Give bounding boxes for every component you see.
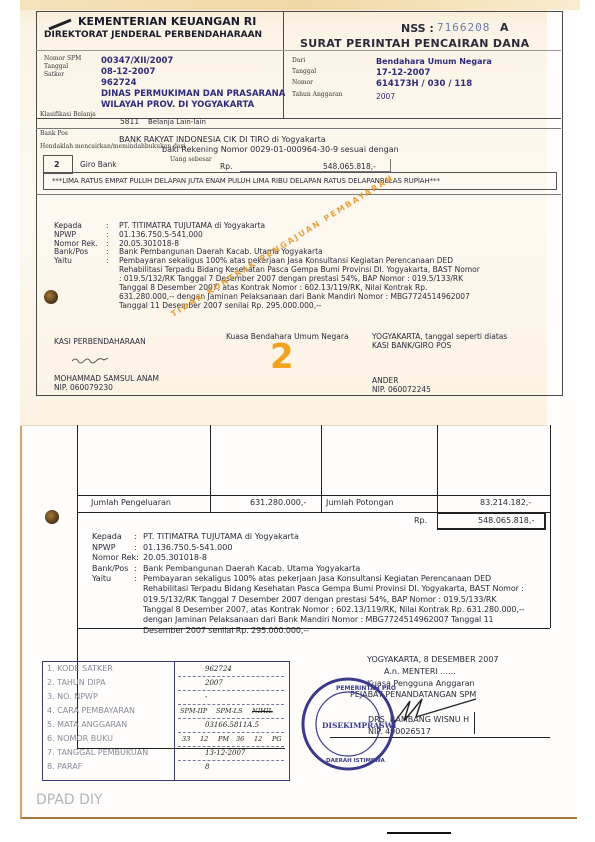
- payee-bottom-yaitu-line: Rehabilitasi Terpadu Bidang Kesehatan Pa…: [143, 585, 524, 593]
- payee-bottom-label-4: Yaitu: [92, 575, 111, 583]
- stamp-center-text: DISEKIMPRASWIL: [322, 721, 396, 730]
- payee-top-yaitu-line: Tanggal 11 Desember 2007 senilai Rp. 295…: [119, 302, 322, 310]
- header-bottom-rule: [36, 118, 561, 119]
- spm-col-divider-3: [437, 425, 438, 513]
- signature-scribble-icon: [70, 355, 110, 365]
- klasifikasi-name: Belanja Lain-lain: [148, 119, 206, 126]
- payment-method-option: NIHIL: [252, 708, 273, 715]
- amount-label: Uang sebesar: [170, 157, 212, 163]
- colon: :: [134, 533, 137, 541]
- bank-label: Bank Pos: [40, 131, 68, 137]
- spm-nomor-value: 00347/XII/2007: [101, 57, 173, 66]
- verification-value: 03166.5811A.5: [205, 722, 259, 729]
- jumlah-potongan-value: 83.214.182,-: [480, 499, 531, 507]
- spm-satker-name-1: DINAS PERMUKIMAN DAN PRASARANA: [101, 90, 285, 99]
- payee-top-label-4: Yaitu: [54, 257, 72, 265]
- payee-bottom-label-1: NPWP: [92, 544, 116, 552]
- payee-bottom-label-3: Bank/Pos: [92, 565, 128, 573]
- stamp-top-text: PEMERINTAH PROVINSI: [336, 685, 396, 692]
- klasifikasi-rule: [36, 128, 561, 129]
- bottom-place-date: YOGYAKARTA, 8 DESEMBER 2007: [367, 656, 499, 664]
- payee-top-yaitu-line: Rehabilitasi Terpadu Bidang Kesehatan Pa…: [119, 266, 480, 274]
- spm-tanggal-label: Tanggal: [44, 64, 68, 70]
- payee-bottom-yaitu-line: dengan Jaminan Pelaksanaan dari Bank Man…: [143, 616, 494, 624]
- payee-bottom-yaitu-line: 019.5/132/RK Tanggal 7 Desember 2007 den…: [143, 596, 497, 604]
- payment-mode-number: 2: [54, 161, 60, 169]
- spm-satker-code: 962724: [101, 79, 137, 88]
- spm-right-border: [550, 425, 551, 628]
- sp2d-dari-label: Dari: [292, 58, 305, 64]
- spm-nomor-label: Nomor SPM: [44, 56, 81, 62]
- verification-value: 8: [205, 764, 209, 771]
- spm-col-divider-2: [321, 425, 322, 513]
- sp2d-dari-value: Bendahara Umum Negara: [376, 58, 492, 66]
- verification-label: 4. CARA PEMBAYARAN: [47, 707, 135, 715]
- spm-satker-label: Satker: [44, 72, 64, 78]
- payee-top-npwp: 01.136.750.5-541.000: [119, 231, 203, 239]
- sp2d-top-rule: [283, 50, 561, 51]
- payee-top-bank: Bank Pembangunan Daerah Kacab. Utama Yog…: [119, 248, 323, 256]
- payee-top-label-3: Bank/Pos: [54, 248, 88, 256]
- document-title: SURAT PERINTAH PENCAIRAN DANA: [300, 38, 529, 49]
- verification-value-rule: [178, 690, 284, 691]
- kuasa-bun-title: Kuasa Bendahara Umum Negara: [226, 333, 349, 341]
- verification-label: 1. KODE SATKER: [47, 665, 113, 673]
- spm-top-rule: [36, 50, 283, 51]
- stamp-bottom-text: DAERAH ISTIMEWA: [326, 758, 385, 764]
- sp2d-nomor-value: 614173H / 030 / 118: [376, 80, 472, 89]
- payee-bottom-bank: Bank Pembangunan Daerah Kacab. Utama Yog…: [143, 565, 360, 573]
- payee-top-yaitu-line: 631.280.000,-- dengan Jaminan Pelaksanaa…: [119, 293, 470, 301]
- kasi-perbendaharaan-title: KASI PERBENDAHARAAN: [54, 338, 146, 346]
- spm-col-divider-1: [210, 425, 211, 513]
- klasifikasi-code: 5811: [120, 118, 139, 126]
- verification-value: 2007: [205, 680, 223, 687]
- colon: :: [106, 222, 109, 230]
- payee-bottom-label-2: Nomor Rek:: [92, 554, 139, 562]
- verification-value-rule: [178, 704, 284, 705]
- book-number-part: PG: [272, 736, 282, 743]
- punch-hole-bottom: [45, 510, 59, 524]
- jumlah-pengeluaran-value: 631.280.000,-: [250, 499, 306, 507]
- payee-bottom-label-0: Kepada: [92, 533, 122, 541]
- kasi-bank-name: ANDER: [372, 377, 398, 385]
- kasi-bank-title: KASI BANK/GIRO POS: [372, 342, 451, 350]
- sp2d-tanggal-label: Tanggal: [292, 69, 316, 75]
- lower-sheet-left-edge: [77, 628, 78, 748]
- payee-bottom-yaitu-line: Pembayaran sekaligus 100% atas pekerjaan…: [143, 575, 491, 583]
- nss-number: 7166208: [437, 22, 490, 33]
- payee-bottom-kepada: PT. TITIMATRA TUJUTAMA di Yogyakarta: [143, 533, 299, 541]
- sp2d-tahun-value: 2007: [376, 93, 395, 101]
- payee-bottom-yaitu-line: Tanggal 8 Desember 2007, atas Kontrak No…: [143, 606, 524, 614]
- colon: :: [134, 575, 137, 583]
- spm-left-border: [77, 425, 78, 628]
- payee-top-yaitu-line: : 019.5/132/RK Tanggal 7 Desember 2007 d…: [119, 275, 463, 283]
- slip-top-edge: [20, 0, 580, 10]
- payee-top-label-0: Kepada: [54, 222, 82, 230]
- colon: :: [106, 231, 109, 239]
- net-amount-value: 548.065.818,-: [478, 517, 534, 525]
- header-divider: [283, 11, 284, 118]
- colon: :: [106, 257, 109, 265]
- sp2d-tahun-label: Tahun Anggaran: [292, 92, 342, 98]
- payee-bottom-yaitu-line: Desember 2007 senilai Rp. 295.000.000,--: [143, 627, 309, 635]
- verification-value-rule: [178, 760, 284, 761]
- net-currency: Rp.: [414, 517, 427, 525]
- verification-value: 962724: [205, 666, 232, 673]
- nss-label: NSS :: [401, 23, 434, 34]
- payee-top-label-2: Nomor Rek.: [54, 240, 98, 248]
- ministry-name: KEMENTERIAN KEUANGAN RI: [78, 16, 256, 27]
- colon: :: [134, 544, 137, 552]
- signature-tick: [474, 712, 475, 734]
- colon: :: [106, 240, 109, 248]
- official-stamp-icon: DISEKIMPRASWIL PEMERINTAH PROVINSI DAERA…: [300, 676, 396, 772]
- payment-method-option: SPM-LS: [216, 708, 242, 715]
- payment-method-option: SPM-IIP: [180, 708, 207, 715]
- sp2d-tanggal-value: 17-12-2007: [376, 69, 430, 78]
- klasifikasi-label: Klasifikasi Belanja: [40, 112, 96, 118]
- spm-satker-name-2: WILAYAH PROV. DI YOGYAKARTA: [101, 101, 254, 110]
- sp2d-nomor-label: Nomor: [292, 80, 313, 86]
- verification-value: -: [205, 694, 207, 701]
- payee-top-label-1: NPWP: [54, 231, 76, 239]
- verification-label: 6. NOMOR BUKU: [47, 735, 113, 743]
- payee-top-rekening: 20.05.301018-8: [119, 240, 179, 248]
- payee-top-yaitu-line: Pembayaran sekaligus 100% atas pekerjaan…: [119, 257, 453, 265]
- verification-label: 7. TANGGAL PEMBUKUAN: [47, 749, 148, 757]
- verification-label: 5. MATA ANGGARAN: [47, 721, 127, 729]
- amount-currency: Rp.: [220, 163, 232, 171]
- nss-suffix: A: [500, 22, 509, 33]
- totals-top-rule: [77, 495, 550, 496]
- verification-label: 2. TAHUN DIPA: [47, 679, 106, 687]
- verification-label: 3. NO. NPWP: [47, 693, 98, 701]
- instruction-value: baki Rekening Nomor 0029-01-000964-30-9 …: [162, 146, 399, 154]
- verification-value: 13-12-2007: [205, 750, 245, 757]
- payee-bottom-rekening: 20.05.301018-8: [143, 554, 207, 562]
- dpad-diy-watermark: DPAD DIY: [36, 793, 103, 807]
- book-number-part: PM: [218, 736, 229, 743]
- book-number-part: 36: [236, 736, 244, 743]
- directorate-name: DIREKTORAT JENDERAL PERBENDAHARAAN: [44, 31, 262, 40]
- payee-bottom-npwp: 01.136.750.5-541.000: [143, 544, 232, 552]
- book-number-part: 33: [182, 736, 190, 743]
- punch-hole-top: [44, 290, 58, 304]
- kasi-bank-nip: NIP. 060072245: [372, 386, 431, 394]
- verification-divider: [174, 661, 175, 780]
- verification-value-rule: [178, 732, 284, 733]
- payment-mode-name: Giro Bank: [80, 161, 117, 169]
- book-number-part: 12: [200, 736, 208, 743]
- bank-bottom-rule: [36, 194, 561, 195]
- verification-value-rule: [178, 676, 284, 677]
- kasi-perbendaharaan-name: MOHAMMAD SAMSUL ANAM: [54, 375, 159, 383]
- colon: :: [106, 248, 109, 256]
- colon: :: [134, 565, 137, 573]
- bottom-an-menteri: A.n. MENTERI ......: [384, 668, 456, 676]
- jumlah-pengeluaran-label: Jumlah Pengeluaran: [91, 499, 171, 507]
- amount-value: 548.065.818,-: [323, 163, 376, 171]
- verification-value-rule: [178, 746, 284, 747]
- kasi-perbendaharaan-nip: NIP. 060079230: [54, 384, 113, 392]
- jumlah-potongan-label: Jumlah Potongan: [326, 499, 394, 507]
- book-number-part: 12: [254, 736, 262, 743]
- copy-number: 2: [270, 340, 294, 374]
- verification-label: 8. PARAF: [47, 763, 82, 771]
- spm-tanggal-value: 08-12-2007: [101, 68, 155, 77]
- payee-top-yaitu-line: Tanggal 8 Desember 2007, atas Kontrak No…: [119, 284, 427, 292]
- verification-value-rule: [178, 718, 284, 719]
- payee-top-kepada: PT. TITIMATRA TUJUTAMA di Yogyakarta: [119, 222, 265, 230]
- page-bottom-mark: [387, 832, 451, 834]
- ministry-logo-icon: [47, 18, 73, 30]
- right-place-date: YOGYAKARTA, tanggal seperti diatas: [372, 333, 507, 341]
